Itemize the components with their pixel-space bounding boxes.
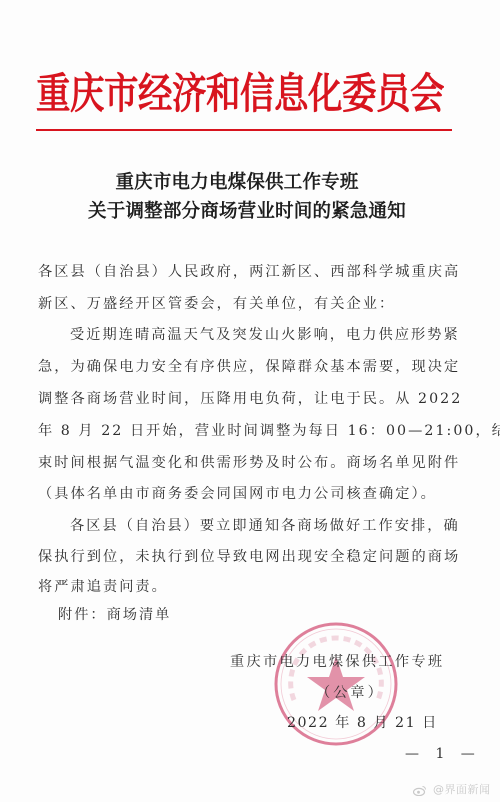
doc-title-line1: 重庆市电力电煤保供工作专班 <box>0 168 487 194</box>
weibo-icon <box>413 785 427 796</box>
watermark-text: @界面新闻 <box>433 783 491 796</box>
document-page: 重庆市经济和信息化委员会 重庆市电力电煤保供工作专班 关于调整部分商场营业时间的… <box>0 0 500 802</box>
sign-date: 2022 年 8 月 21 日 <box>287 712 438 732</box>
paragraph-line: 将严肃追责问责。 <box>38 578 168 596</box>
addressee-line: 新区、万盛经开区管委会，有关单位，有关企业： <box>38 295 395 313</box>
paragraph-line: （具体名单由市商务委会同国网市电力公司核查确定）。 <box>38 485 437 503</box>
paragraph-line: 急，为确保电力安全有序供应，保障群众基本需要，现决定 <box>38 358 460 376</box>
red-divider <box>36 129 452 131</box>
paragraph-line: 调整各商场营业时间，压降用电负荷，让电于民。从 2022 <box>38 390 462 408</box>
attachment-label: 附件：商场清单 <box>58 604 171 624</box>
paragraph-line: 束时间根据气温变化和供需形势及时公布。商场名单见附件 <box>38 454 460 472</box>
addressee-line: 各区县（自治县）人民政府，两江新区、西部科学城重庆高 <box>38 263 460 281</box>
seal-note: （公章） <box>316 682 385 702</box>
doc-title-line2: 关于调整部分商场营业时间的紧急通知 <box>0 197 497 223</box>
watermark: @界面新闻 <box>413 781 491 797</box>
paragraph-line: 受近期连晴高温天气及突发山火影响，电力供应形势紧 <box>70 326 460 344</box>
issuer-header: 重庆市经济和信息化委员会 <box>36 64 456 125</box>
paragraph-line: 各区县（自治县）要立即通知各商场做好工作安排，确 <box>70 517 460 535</box>
paragraph-line: 年 8 月 22 日开始，营业时间调整为每日 16：00—21:00，结 <box>38 422 500 440</box>
page-number: — 1 — <box>405 746 481 762</box>
paragraph-line: 保执行到位，未执行到位导致电网出现安全稳定问题的商场 <box>38 548 460 566</box>
signer-name: 重庆市电力电煤保供工作专班 <box>230 651 444 671</box>
